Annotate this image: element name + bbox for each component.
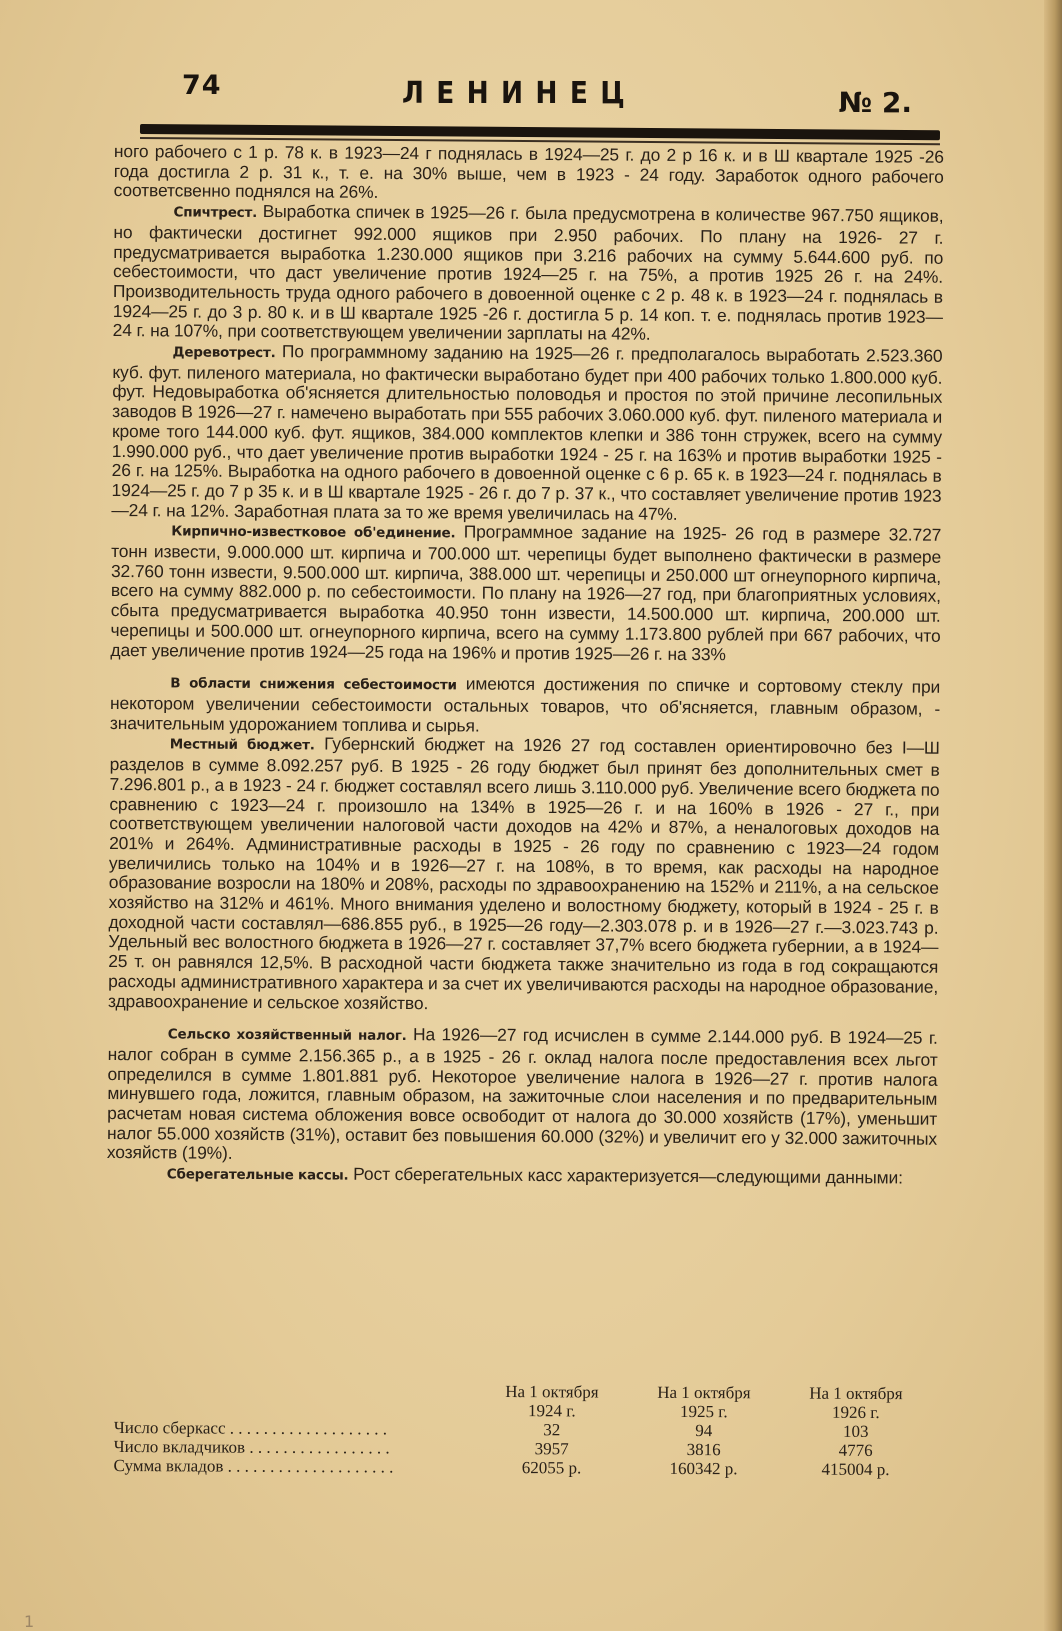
column-header-line1: На 1 октября (628, 1383, 780, 1403)
column-header-1926: На 1 октября 1926 г. (780, 1383, 932, 1422)
table-cell: 415004 р. (779, 1459, 931, 1479)
paragraph-text: Выработка спичек в 1925—26 г. была преду… (113, 201, 944, 344)
paragraph-text: На 1926—27 год исчислен в сумме 2.144.00… (107, 1024, 938, 1163)
table-header: На 1 октября 1924 г. На 1 октября 1925 г… (476, 1382, 934, 1422)
table-row: Сумма вкладов . . . . . . . . . . . . . … (114, 1456, 934, 1479)
paragraph-lead: Местный бюджет. (170, 737, 315, 754)
page-number: 74 (182, 70, 222, 101)
row-label: Сумма вкладов . . . . . . . . . . . . . … (114, 1456, 476, 1477)
table-cell: 3957 (476, 1439, 628, 1459)
paragraph-text: Рост сберегательных касс характеризуется… (348, 1164, 903, 1188)
paragraph-kirpich: Кирпично-известковое об'единение. Програ… (110, 520, 941, 666)
table-cell: 62055 р. (475, 1458, 627, 1478)
column-header-line2: 1926 г. (780, 1402, 932, 1422)
corner-pencil-mark: 1 (24, 1612, 34, 1631)
masthead-title: ЛЕНИНЕЦ (402, 76, 637, 111)
paragraph-lead: Спичтрест. (173, 205, 257, 222)
article-body: ного рабочего с 1 р. 78 к. в 1923—24 г п… (107, 142, 944, 1191)
paragraph-text: ного рабочего с 1 р. 78 к. в 1923—24 г п… (114, 141, 944, 202)
paragraph-sberkassy: Сберегательные кассы. Рост сберегательны… (107, 1163, 937, 1190)
table-cell: 103 (780, 1421, 932, 1441)
paragraph-mestny-budzhet: Местный бюджет. Губернский бюджет на 192… (108, 733, 940, 1017)
row-label: Число вкладчиков . . . . . . . . . . . .… (114, 1437, 476, 1458)
paragraph-lead: В области снижения себестоимости (170, 676, 457, 694)
table-cell: 3816 (628, 1440, 780, 1460)
paragraph-lead: Сельско хозяйственный налог. (168, 1027, 407, 1045)
paragraph-text: Программное задание на 1925- 26 год в ра… (110, 522, 941, 664)
paragraph-lead: Деревотрест. (172, 344, 275, 361)
table-cell: 160342 р. (627, 1459, 779, 1479)
paragraph-text: По программному заданию на 1925—26 г. пр… (111, 341, 942, 523)
table-cell: 4776 (780, 1440, 932, 1460)
issue-number: № 2. (838, 86, 912, 119)
paragraph-lead: Сберегательные кассы. (167, 1167, 349, 1184)
column-header-line2: 1924 г. (476, 1401, 628, 1421)
page-edge (1044, 0, 1062, 1631)
savings-banks-table: На 1 октября 1924 г. На 1 октября 1925 г… (114, 1380, 934, 1479)
paragraph-derevotrest: Деревотрест. По программному заданию на … (111, 341, 942, 526)
paragraph-spichtrest: Спичтрест. Выработка спичек в 1925—26 г.… (113, 201, 944, 347)
column-header-1924: На 1 октября 1924 г. (476, 1382, 628, 1421)
table-cell: 94 (628, 1421, 780, 1441)
paragraph-selkhoz-nalog: Сельско хозяйственный налог. На 1926—27 … (107, 1023, 938, 1169)
column-header-line2: 1925 г. (628, 1402, 780, 1422)
paragraph-text: Губернский бюджет на 1926 27 год составл… (108, 734, 940, 1013)
paragraph-intro: ного рабочего с 1 р. 78 к. в 1923—24 г п… (114, 142, 944, 207)
column-header-line1: На 1 октября (476, 1382, 628, 1402)
column-header-1925: На 1 октября 1925 г. (628, 1383, 780, 1422)
table-cell: 32 (476, 1420, 628, 1440)
paragraph-sebestoimost: В области снижения себестоимости имеются… (110, 672, 940, 739)
column-header-line1: На 1 октября (780, 1383, 932, 1403)
row-label: Число сберкасс . . . . . . . . . . . . .… (114, 1418, 476, 1439)
paragraph-lead: Кирпично-известковое об'единение. (171, 524, 455, 542)
